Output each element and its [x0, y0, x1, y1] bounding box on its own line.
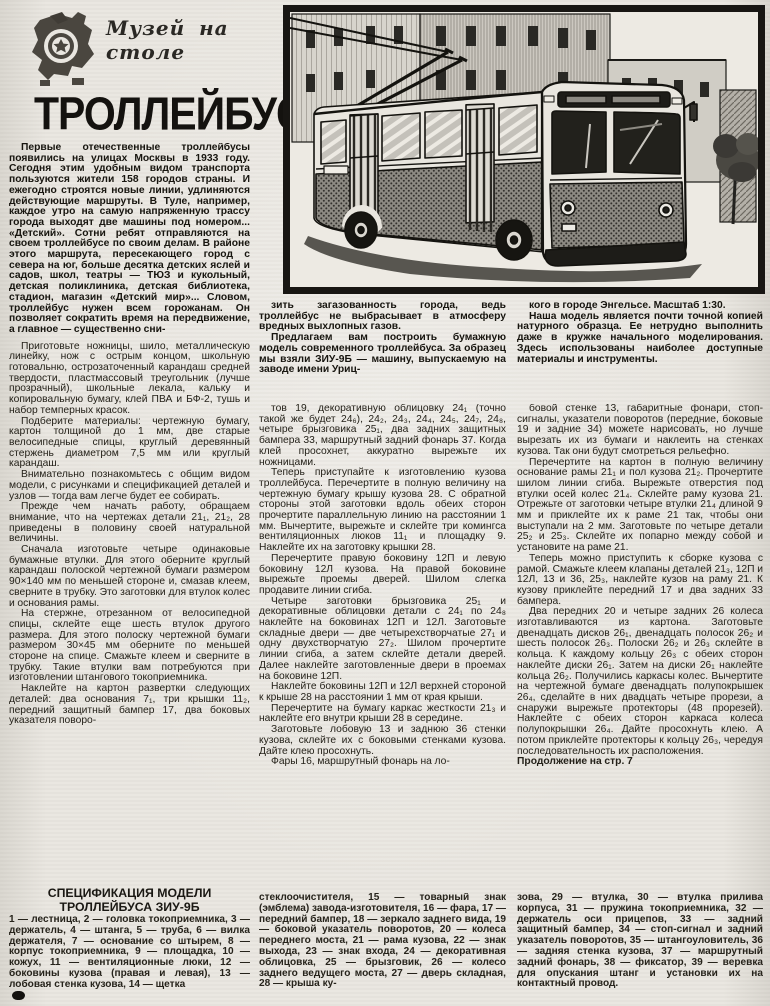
rubric-title: Музей на столе — [106, 16, 306, 64]
paragraph: Первые отечественные троллейбусы появили… — [9, 143, 250, 336]
paragraph: Фары 16, маршрутный фонарь на ло- — [259, 757, 506, 768]
paragraph: Наклейте боковины 12П и 12Л верхней стор… — [259, 682, 506, 703]
paragraph: Сначала изготовьте четыре одинаковые бум… — [9, 545, 250, 609]
continuation-note: Продолжение на стр. 7 — [517, 757, 763, 768]
specification-column-1: 1 — лестница, 2 — головка токоприемника,… — [9, 915, 250, 997]
left-column: Первые отечественные троллейбусы появили… — [9, 143, 250, 885]
middle-column: тов 19, декоративную облицовку 24₁ (точн… — [259, 404, 506, 888]
paragraph: Прежде чем начать работу, обращаем внима… — [9, 502, 250, 545]
paragraph: Подберите материалы: чертежную бумагу, к… — [9, 417, 250, 471]
paragraph: Теперь можно приступить к сборке кузова … — [517, 554, 763, 608]
paragraph: Перечертите на картон в полную величину … — [517, 458, 763, 554]
right-column-lead: кого в городе Энгельсе. Масштаб 1:30. На… — [517, 301, 763, 401]
right-column: бовой стенке 13, габаритные фонари, стоп… — [517, 404, 763, 888]
rubric-logo-icon — [28, 10, 98, 88]
specification-heading: СПЕЦИФИКАЦИЯ МОДЕЛИ ТРОЛЛЕЙБУСА ЗИУ-9Б — [9, 887, 250, 914]
article-title: ТРОЛЛЕЙБУС — [34, 88, 284, 141]
specification-heading-line1: СПЕЦИФИКАЦИЯ МОДЕЛИ — [9, 887, 250, 901]
middle-column-lead: зить загазованность города, ведь троллей… — [259, 301, 506, 401]
paragraph: Предлагаем вам построить бумажную модель… — [259, 333, 506, 376]
specification-column-2: стеклоочистителя, 15 — товарный знак (эм… — [259, 893, 506, 993]
paragraph: Перечертите правую боковину 12П и левую … — [259, 554, 506, 597]
paragraph: зить загазованность города, ведь троллей… — [259, 301, 506, 333]
paragraph: Четыре заготовки брызговика 25₁ и декора… — [259, 597, 506, 683]
paragraph: На стержне, отрезанном от велосипедной с… — [9, 609, 250, 684]
paragraph: Наша модель является почти точной копией… — [517, 312, 763, 366]
paragraph: Два передних 20 и четыре задних 26 колес… — [517, 607, 763, 757]
page-number-mark — [12, 991, 25, 1000]
paragraph: бовой стенке 13, габаритные фонари, стоп… — [517, 404, 763, 458]
specification-column-3: зова, 29 — втулка, 30 — втулка прилива к… — [517, 893, 763, 998]
paragraph: Приготовьте ножницы, шило, металлическую… — [9, 342, 250, 417]
paragraph: тов 19, декоративную облицовку 24₁ (точн… — [259, 404, 506, 468]
paragraph: Заготовьте лобовую 13 и заднюю 36 стенки… — [259, 725, 506, 757]
trolleybus-illustration — [283, 5, 765, 294]
paragraph: Внимательно познакомьтесь с общим видом … — [9, 470, 250, 502]
trolleybus — [314, 82, 697, 266]
paragraph: Перечертите на бумагу каркас жесткости 2… — [259, 704, 506, 725]
specification-heading-line2: ТРОЛЛЕЙБУСА ЗИУ-9Б — [9, 901, 250, 915]
paragraph: Теперь приступайте к изготовлению кузова… — [259, 468, 506, 554]
paragraph: Наклейте на картон развертки следующих д… — [9, 684, 250, 727]
